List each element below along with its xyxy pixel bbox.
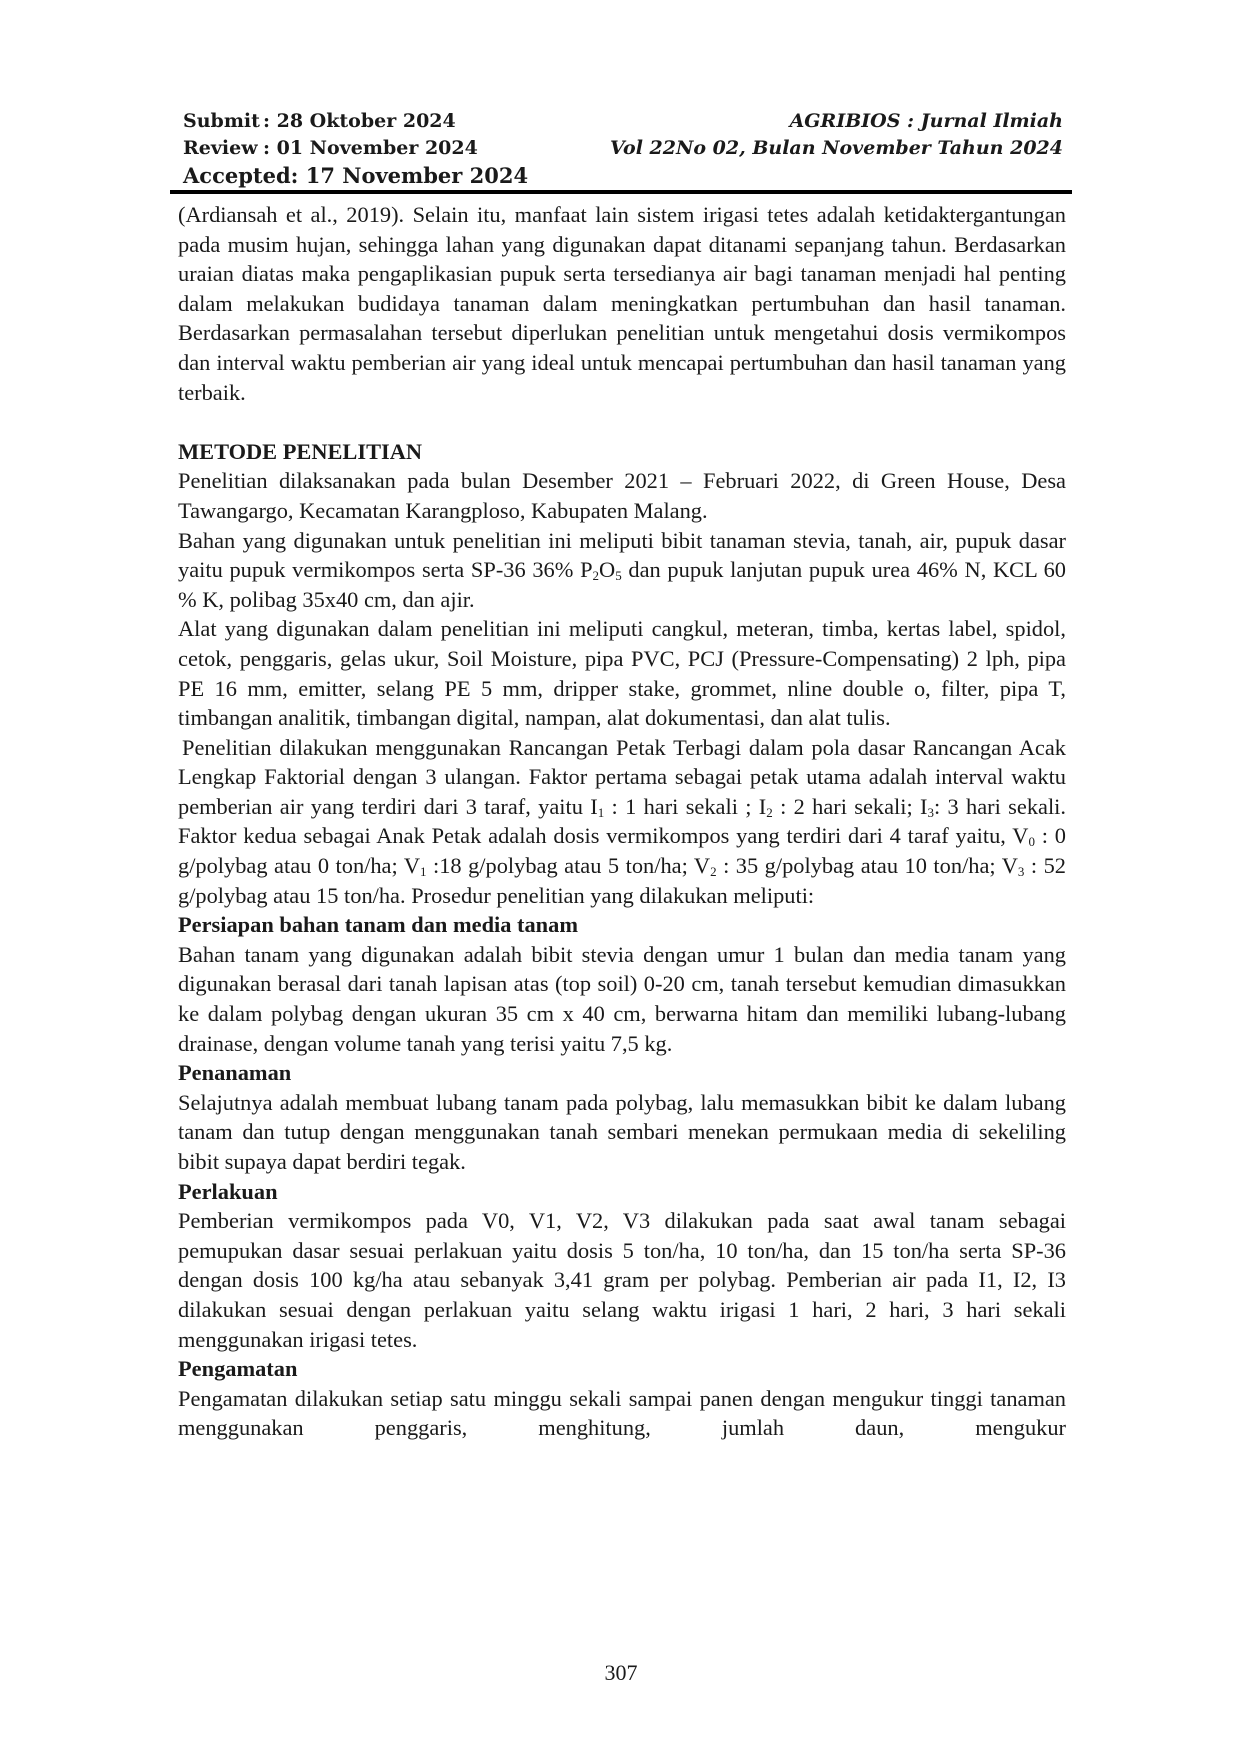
article-body: (Ardiansah et al., 2019). Selain itu, ma… <box>178 200 1066 1443</box>
journal-issue: Vol 22No 02, Bulan November Tahun 2024 <box>610 135 1063 162</box>
submission-dates: Submit : 28 Oktober 2024 Review : 01 Nov… <box>183 108 528 189</box>
methods-heading: METODE PENELITIAN <box>178 437 1066 467</box>
review-label: Review <box>183 135 263 162</box>
journal-name: AGRIBIOS : Jurnal Ilmiah <box>610 108 1063 135</box>
page-header: Submit : 28 Oktober 2024 Review : 01 Nov… <box>183 108 1063 190</box>
submit-date: : 28 Oktober 2024 <box>263 108 456 135</box>
header-rule <box>170 190 1072 194</box>
observation-heading: Pengamatan <box>178 1354 1066 1384</box>
accepted-label: Accepted <box>183 162 291 189</box>
planting-paragraph: Selajutnya adalah membuat lubang tanam p… <box>178 1088 1066 1177</box>
prep-heading: Persiapan bahan tanam dan media tanam <box>178 910 1066 940</box>
submit-row: Submit : 28 Oktober 2024 <box>183 108 528 135</box>
methods-location-paragraph: Penelitian dilaksanakan pada bulan Desem… <box>178 466 1066 525</box>
review-row: Review : 01 November 2024 <box>183 135 528 162</box>
treatment-heading: Perlakuan <box>178 1177 1066 1207</box>
treatment-paragraph: Pemberian vermikompos pada V0, V1, V2, V… <box>178 1206 1066 1354</box>
observation-paragraph: Pengamatan dilakukan setiap satu minggu … <box>178 1384 1066 1443</box>
submit-label: Submit <box>183 108 263 135</box>
page-number: 307 <box>0 1660 1242 1686</box>
methods-materials-paragraph: Bahan yang digunakan untuk penelitian in… <box>178 526 1066 615</box>
methods-design-paragraph: Penelitian dilakukan menggunakan Rancang… <box>178 733 1066 911</box>
methods-tools-paragraph: Alat yang digunakan dalam penelitian ini… <box>178 614 1066 732</box>
accepted-date: : 17 November 2024 <box>291 162 528 189</box>
journal-info: AGRIBIOS : Jurnal Ilmiah Vol 22No 02, Bu… <box>610 108 1063 162</box>
review-date: : 01 November 2024 <box>263 135 478 162</box>
spacer <box>178 407 1066 437</box>
accepted-row: Accepted : 17 November 2024 <box>183 162 528 189</box>
prep-paragraph: Bahan tanam yang digunakan adalah bibit … <box>178 940 1066 1058</box>
intro-paragraph: (Ardiansah et al., 2019). Selain itu, ma… <box>178 200 1066 407</box>
planting-heading: Penanaman <box>178 1058 1066 1088</box>
